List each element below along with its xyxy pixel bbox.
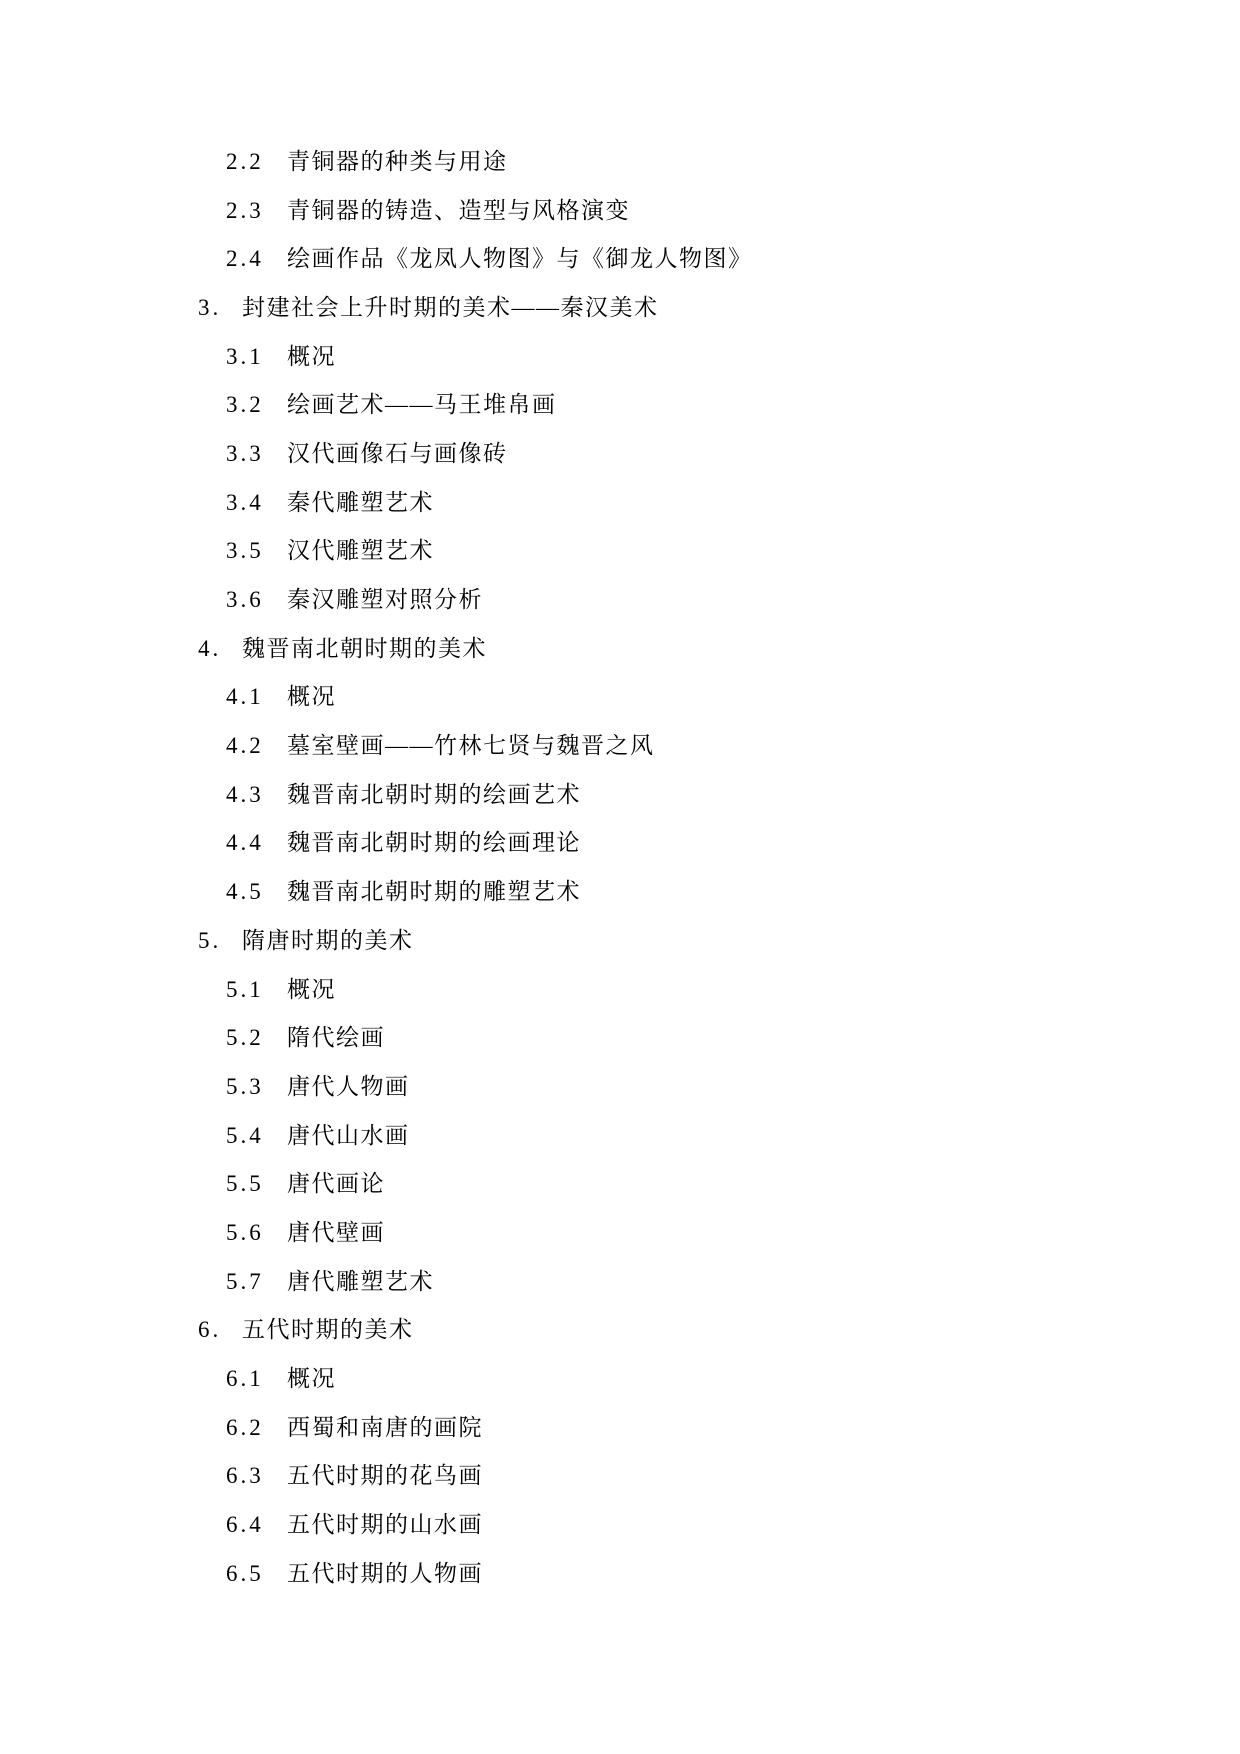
toc-item: 4.1 概况	[0, 673, 1240, 722]
toc-item: 5.6 唐代壁画	[0, 1208, 1240, 1257]
toc-item-title: 汉代画像石与画像砖	[287, 442, 508, 465]
toc-item-number: 4.	[198, 637, 242, 660]
toc-item-title: 五代时期的美术	[242, 1318, 414, 1341]
toc-item: 5.7 唐代雕塑艺术	[0, 1257, 1240, 1306]
toc-item-title: 五代时期的山水画	[287, 1513, 483, 1536]
toc-item-title: 唐代山水画	[287, 1124, 410, 1147]
toc-item-title: 秦代雕塑艺术	[287, 491, 434, 514]
toc-item-number: 5.6	[226, 1221, 287, 1244]
toc-list: 2.2 青铜器的种类与用途 2.3 青铜器的铸造、造型与风格演变 2.4 绘画作…	[0, 137, 1240, 1598]
toc-item-number: 3.	[198, 296, 242, 319]
toc-item: 5. 隋唐时期的美术	[0, 916, 1240, 965]
toc-item: 5.5 唐代画论	[0, 1159, 1240, 1208]
toc-item-title: 魏晋南北朝时期的雕塑艺术	[287, 880, 581, 903]
toc-item: 6.1 概况	[0, 1354, 1240, 1403]
toc-item-number: 3.2	[226, 393, 287, 416]
toc-item-number: 5.	[198, 929, 242, 952]
toc-item: 4.4 魏晋南北朝时期的绘画理论	[0, 819, 1240, 868]
toc-item-number: 5.4	[226, 1124, 287, 1147]
toc-item-title: 五代时期的人物画	[287, 1562, 483, 1585]
toc-item-number: 6.5	[226, 1562, 287, 1585]
toc-item-title: 概况	[287, 685, 336, 708]
toc-item: 2.4 绘画作品《龙凤人物图》与《御龙人物图》	[0, 234, 1240, 283]
toc-item-title: 青铜器的铸造、造型与风格演变	[287, 199, 630, 222]
toc-item-number: 2.2	[226, 150, 287, 173]
toc-item-number: 6.1	[226, 1367, 287, 1390]
toc-item-number: 4.1	[226, 685, 287, 708]
toc-item-number: 5.7	[226, 1270, 287, 1293]
toc-item-title: 封建社会上升时期的美术——秦汉美术	[242, 296, 659, 319]
toc-item-title: 隋代绘画	[287, 1026, 385, 1049]
toc-item: 6. 五代时期的美术	[0, 1306, 1240, 1355]
toc-item: 3.5 汉代雕塑艺术	[0, 527, 1240, 576]
toc-item-number: 3.3	[226, 442, 287, 465]
toc-item-number: 6.	[198, 1318, 242, 1341]
toc-item: 3.3 汉代画像石与画像砖	[0, 429, 1240, 478]
toc-item: 6.3 五代时期的花鸟画	[0, 1452, 1240, 1501]
toc-item: 5.4 唐代山水画	[0, 1111, 1240, 1160]
toc-item-number: 6.3	[226, 1464, 287, 1487]
toc-item-title: 秦汉雕塑对照分析	[287, 588, 483, 611]
toc-item-title: 唐代画论	[287, 1172, 385, 1195]
toc-item-title: 墓室壁画——竹林七贤与魏晋之风	[287, 734, 655, 757]
toc-item-title: 魏晋南北朝时期的绘画艺术	[287, 783, 581, 806]
toc-item: 4. 魏晋南北朝时期的美术	[0, 624, 1240, 673]
document-page: 2.2 青铜器的种类与用途 2.3 青铜器的铸造、造型与风格演变 2.4 绘画作…	[0, 0, 1240, 1754]
toc-item: 5.1 概况	[0, 965, 1240, 1014]
toc-item-number: 3.1	[226, 345, 287, 368]
toc-item-number: 3.6	[226, 588, 287, 611]
toc-item-number: 5.5	[226, 1172, 287, 1195]
toc-item-number: 5.2	[226, 1026, 287, 1049]
toc-item-title: 概况	[287, 345, 336, 368]
toc-item-number: 5.3	[226, 1075, 287, 1098]
toc-item-number: 6.2	[226, 1416, 287, 1439]
toc-item-title: 绘画艺术——马王堆帛画	[287, 393, 557, 416]
toc-item-title: 隋唐时期的美术	[242, 929, 414, 952]
toc-item-number: 4.3	[226, 783, 287, 806]
toc-item: 3.1 概况	[0, 332, 1240, 381]
toc-item-number: 2.4	[226, 247, 287, 270]
toc-item: 6.5 五代时期的人物画	[0, 1549, 1240, 1598]
toc-item: 3.4 秦代雕塑艺术	[0, 478, 1240, 527]
toc-item: 2.2 青铜器的种类与用途	[0, 137, 1240, 186]
toc-item: 6.2 西蜀和南唐的画院	[0, 1403, 1240, 1452]
toc-item-title: 绘画作品《龙凤人物图》与《御龙人物图》	[287, 247, 753, 270]
toc-item: 2.3 青铜器的铸造、造型与风格演变	[0, 186, 1240, 235]
toc-item-title: 概况	[287, 978, 336, 1001]
toc-item: 4.2 墓室壁画——竹林七贤与魏晋之风	[0, 721, 1240, 770]
toc-item-title: 概况	[287, 1367, 336, 1390]
toc-item-title: 唐代雕塑艺术	[287, 1270, 434, 1293]
toc-item: 4.3 魏晋南北朝时期的绘画艺术	[0, 770, 1240, 819]
toc-item-number: 5.1	[226, 978, 287, 1001]
toc-item-title: 魏晋南北朝时期的美术	[242, 637, 487, 660]
toc-item-title: 五代时期的花鸟画	[287, 1464, 483, 1487]
toc-item: 3. 封建社会上升时期的美术——秦汉美术	[0, 283, 1240, 332]
toc-item-number: 2.3	[226, 199, 287, 222]
toc-item: 3.6 秦汉雕塑对照分析	[0, 575, 1240, 624]
toc-item: 4.5 魏晋南北朝时期的雕塑艺术	[0, 867, 1240, 916]
toc-item-title: 青铜器的种类与用途	[287, 150, 508, 173]
toc-item-number: 3.5	[226, 539, 287, 562]
toc-item-number: 3.4	[226, 491, 287, 514]
toc-item: 5.3 唐代人物画	[0, 1062, 1240, 1111]
toc-item-title: 汉代雕塑艺术	[287, 539, 434, 562]
toc-item-title: 魏晋南北朝时期的绘画理论	[287, 831, 581, 854]
toc-item-title: 唐代壁画	[287, 1221, 385, 1244]
toc-item-number: 4.5	[226, 880, 287, 903]
toc-item-number: 4.2	[226, 734, 287, 757]
toc-item-title: 西蜀和南唐的画院	[287, 1416, 483, 1439]
toc-item-number: 4.4	[226, 831, 287, 854]
toc-item-number: 6.4	[226, 1513, 287, 1536]
toc-item: 6.4 五代时期的山水画	[0, 1500, 1240, 1549]
toc-item-title: 唐代人物画	[287, 1075, 410, 1098]
toc-item: 3.2 绘画艺术——马王堆帛画	[0, 380, 1240, 429]
toc-item: 5.2 隋代绘画	[0, 1013, 1240, 1062]
